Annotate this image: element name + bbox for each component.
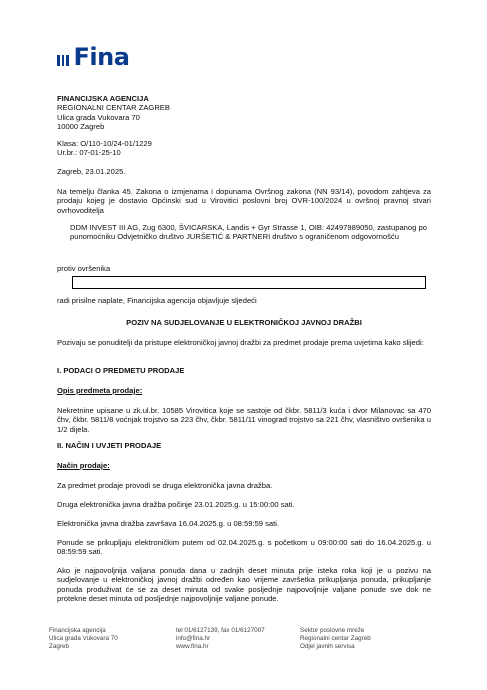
section1-subtitle: Opis predmeta prodaje: xyxy=(57,386,431,395)
creditor-paragraph: DDM INVEST III AG, Zug 6300, ŠVICARSKA, … xyxy=(57,223,431,242)
footer-column-2: tel 01/6127139, fax 01/6127007 info@fina… xyxy=(176,627,265,651)
debtor-redaction-box xyxy=(72,276,426,289)
document-date: Zagreb, 23.01.2025. xyxy=(57,167,431,176)
footer-website: www.fina.hr xyxy=(176,643,265,651)
footer-phone: tel 01/6127139, fax 01/6127007 xyxy=(176,627,265,635)
urbr: Ur.br.: 07-01-25-10 xyxy=(57,148,431,157)
klasa: Klasa: O/110-10/24-01/1229 xyxy=(57,139,431,148)
footer-street: Ulica grada Vukovara 70 xyxy=(49,635,118,643)
section2-title: II. NAČIN I UVJETI PRODAJE xyxy=(57,441,431,450)
reference-numbers: Klasa: O/110-10/24-01/1229 Ur.br.: 07-01… xyxy=(57,139,431,158)
publish-line: radi prisilne naplate, Financijska agenc… xyxy=(57,296,431,305)
intro-paragraph: Na temelju članka 45. Zakona o izmjenama… xyxy=(57,187,431,215)
section2-paragraph-2: Druga elektronička javna dražba počinje … xyxy=(57,500,431,509)
fina-bars-icon xyxy=(57,55,69,66)
section2-paragraph-4: Ponude se prikupljaju elektroničkim pute… xyxy=(57,538,431,557)
street: Ulica grada Vukovara 70 xyxy=(57,113,431,122)
footer-email: info@fina.hr xyxy=(176,635,265,643)
invite-paragraph: Pozivaju se ponuditelji da pristupe elek… xyxy=(57,338,431,347)
footer-column-1: Financijska agencija Ulica grada Vukovar… xyxy=(49,627,118,651)
section1-text: Nekretnine upisane u zk.ul.br. 10585 Vir… xyxy=(57,406,431,434)
notice-title: POZIV NA SUDJELOVANJE U ELEKTRONIČKOJ JA… xyxy=(57,318,431,327)
footer-regional: Regionalni centar Zagreb xyxy=(300,635,371,643)
footer-sector: Sektor poslovne mreže xyxy=(300,627,371,635)
fina-logo: Fina xyxy=(57,46,129,68)
org-name: FINANCIJSKA AGENCIJA xyxy=(57,94,431,103)
footer-city: Zagreb xyxy=(49,643,118,651)
footer-department: Odjel javnih servisa xyxy=(300,643,371,651)
section1-title: I. PODACI O PREDMETU PRODAJE xyxy=(57,366,431,375)
section2-subtitle: Način prodaje: xyxy=(57,461,431,470)
sender-address: FINANCIJSKA AGENCIJA REGIONALNI CENTAR Z… xyxy=(57,94,431,132)
city: 10000 Zagreb xyxy=(57,122,431,131)
footer-column-3: Sektor poslovne mreže Regionalni centar … xyxy=(300,627,371,651)
regional-center: REGIONALNI CENTAR ZAGREB xyxy=(57,103,431,112)
footer-org: Financijska agencija xyxy=(49,627,118,635)
against-label: protiv ovršenika xyxy=(57,264,431,273)
section2-paragraph-3: Elektronička javna dražba završava 16.04… xyxy=(57,519,431,528)
section2-paragraph-5: Ako je najpovoljnija valjana ponuda dana… xyxy=(57,566,431,604)
logo-text: Fina xyxy=(74,46,130,68)
section2-paragraph-1: Za predmet prodaje provodi se druga elek… xyxy=(57,481,431,490)
